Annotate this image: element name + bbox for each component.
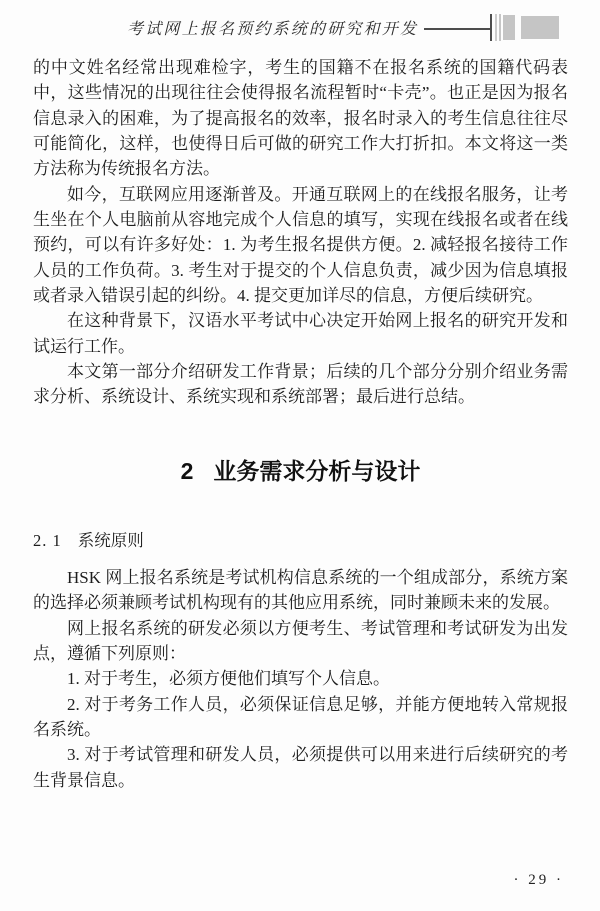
header-barcode-bar-thin [499,14,501,41]
header-rule [424,28,490,30]
running-header-title: 考试网上报名预约系统的研究和开发 [127,16,418,39]
paragraph: 本文第一部分介绍研发工作背景；后续的几个部分分别介绍业务需求分析、系统设计、系统… [33,359,568,410]
paragraph: HSK 网上报名系统是考试机构信息系统的一个组成部分，系统方案的选择必须兼顾考试… [33,565,568,616]
paragraph: 网上报名系统的研发必须以方便考生、考试管理和考试研发为出发点，遵循下列原则： [33,616,568,667]
paragraph-continuation: 的中文姓名经常出现难检字，考生的国籍不在报名系统的国籍代码表中，这些情况的出现往… [33,55,568,182]
subsection-number: 2. 1 [33,531,62,550]
principle-item: 1. 对于考生，必须方便他们填写个人信息。 [33,666,568,691]
paragraph: 在这种背景下，汉语水平考试中心决定开始网上报名的研究开发和试运行工作。 [33,308,568,359]
page-body: 的中文姓名经常出现难检字，考生的国籍不在报名系统的国籍代码表中，这些情况的出现往… [33,55,568,793]
header-barcode-bar-thin [495,14,497,41]
header-barcode-bar-dark [490,14,492,41]
subsection-heading: 2. 1系统原则 [33,530,568,552]
header-barcode-rect [521,16,559,39]
principle-item: 2. 对于考务工作人员，必须保证信息足够，并能方便地转入常规报名系统。 [33,692,568,743]
section-title: 业务需求分析与设计 [213,458,420,484]
document-page: 考试网上报名预约系统的研究和开发 的中文姓名经常出现难检字，考生的国籍不在报名系… [0,0,600,911]
section-heading: 2业务需求分析与设计 [33,456,568,486]
header-barcode-square [503,15,515,40]
page-number: · 29 · [514,872,565,889]
section-number: 2 [181,458,194,484]
subsection-title: 系统原则 [78,531,144,550]
paragraph: 如今，互联网应用逐渐普及。开通互联网上的在线报名服务，让考生坐在个人电脑前从容地… [33,182,568,309]
principle-item: 3. 对于考试管理和研发人员，必须提供可以用来进行后续研究的考生背景信息。 [33,742,568,793]
